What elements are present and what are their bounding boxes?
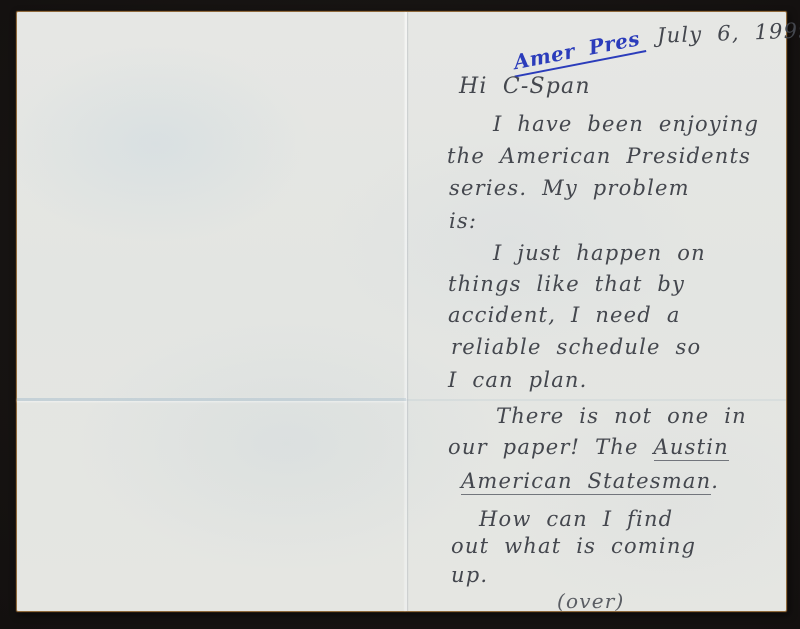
letter-greeting: Hi C-Span [459, 74, 591, 99]
letter-line: things like that by [448, 272, 685, 296]
letter-photo-background: July 6, 1999 Amer Pres Hi C-Span I have … [0, 0, 800, 629]
letter-line: series. My problem [449, 176, 690, 200]
blue-ink-annotation: Amer Pres [510, 25, 647, 77]
letter-line: out what is coming [451, 534, 696, 558]
letter-line: our paper! The Austin [448, 435, 729, 459]
letter-line: reliable schedule so [451, 335, 701, 359]
letter-line: the American Presidents [447, 144, 751, 168]
letter-line: is: [449, 209, 477, 233]
letter-line: American Statesman. [461, 469, 719, 493]
letter-line: I can plan. [448, 368, 588, 392]
letter-line: I have been enjoying [493, 112, 759, 136]
underlined-text: American Statesman [461, 469, 711, 495]
horizontal-fold-line-right [406, 399, 786, 401]
letter-text: . [711, 469, 719, 493]
letter-paper: July 6, 1999 Amer Pres Hi C-Span I have … [16, 11, 787, 612]
over-note: (over) [557, 589, 625, 613]
letter-text: our paper! The [448, 435, 654, 459]
vertical-fold-line [405, 12, 407, 611]
letter-line: How can I find [479, 507, 673, 531]
letter-date: July 6, 1999 [657, 18, 800, 47]
underlined-text: Austin [654, 435, 729, 461]
letter-line: up. [451, 563, 488, 587]
horizontal-fold-line-left [17, 398, 406, 401]
letter-line: There is not one in [496, 404, 747, 428]
letter-line: accident, I need a [448, 303, 681, 327]
letter-line: I just happen on [493, 241, 706, 265]
